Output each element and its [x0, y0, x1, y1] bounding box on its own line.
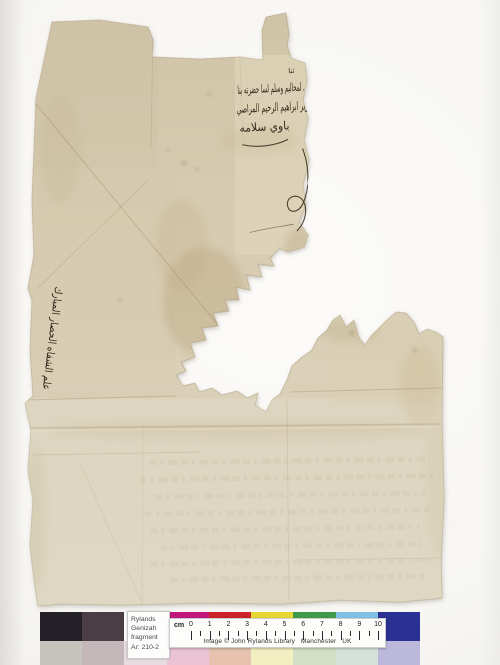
ruler-half-tick: [331, 631, 332, 636]
ruler-half-tick: [350, 631, 351, 636]
ruler-number: 8: [339, 621, 343, 628]
color-swatch: [82, 641, 124, 665]
ruler-half-tick: [313, 631, 314, 636]
ruler-half-tick: [256, 631, 257, 636]
color-swatch: [40, 612, 82, 641]
header-small-word: ثنا: [288, 67, 295, 75]
color-swatch-column: [40, 612, 82, 665]
ruler-half-tick: [238, 631, 239, 636]
ruler-number: 6: [301, 621, 305, 628]
ruler-number: 1: [208, 621, 212, 628]
ruler-number: 10: [374, 621, 382, 628]
ruler-unit-label: cm: [174, 622, 184, 629]
ruler-number: 5: [283, 621, 287, 628]
shelfmark-line: Genizah: [131, 624, 169, 633]
manuscript-fragment-svg: ثنا لعل لمحاليم وسلم لسا حضرته بنا الزير…: [0, 0, 500, 665]
color-swatch: [40, 641, 82, 665]
shelfmark-line: fragment: [131, 633, 169, 642]
photograph-canvas: ثنا لعل لمحاليم وسلم لسا حضرته بنا الزير…: [0, 0, 500, 665]
ruler-half-tick: [275, 631, 276, 636]
paper-tone-patches: [20, 18, 450, 610]
color-swatch-column: [82, 612, 124, 665]
shelfmark-line: Rylands: [131, 615, 169, 624]
shelfmark-line: Ar: 210-2: [131, 643, 169, 652]
color-swatch: [82, 612, 124, 641]
ruler-number: 9: [357, 621, 361, 628]
ruler-number: 0: [189, 621, 193, 628]
ruler-number: 4: [264, 621, 268, 628]
ruler-half-tick: [219, 631, 220, 636]
ruler-half-tick: [369, 631, 370, 636]
ruler-number: 2: [226, 621, 230, 628]
ruler-number: 7: [320, 621, 324, 628]
ruler-number: 3: [245, 621, 249, 628]
shelfmark-label: Rylands Genizah fragment Ar: 210-2: [127, 611, 170, 659]
ruler-half-tick: [200, 631, 201, 636]
ruler-credit: Image © John Rylands Library Manchester …: [170, 638, 385, 645]
ruler-card: cm 012345678910 Image © John Rylands Lib…: [169, 618, 386, 648]
ruler-half-tick: [294, 631, 295, 636]
